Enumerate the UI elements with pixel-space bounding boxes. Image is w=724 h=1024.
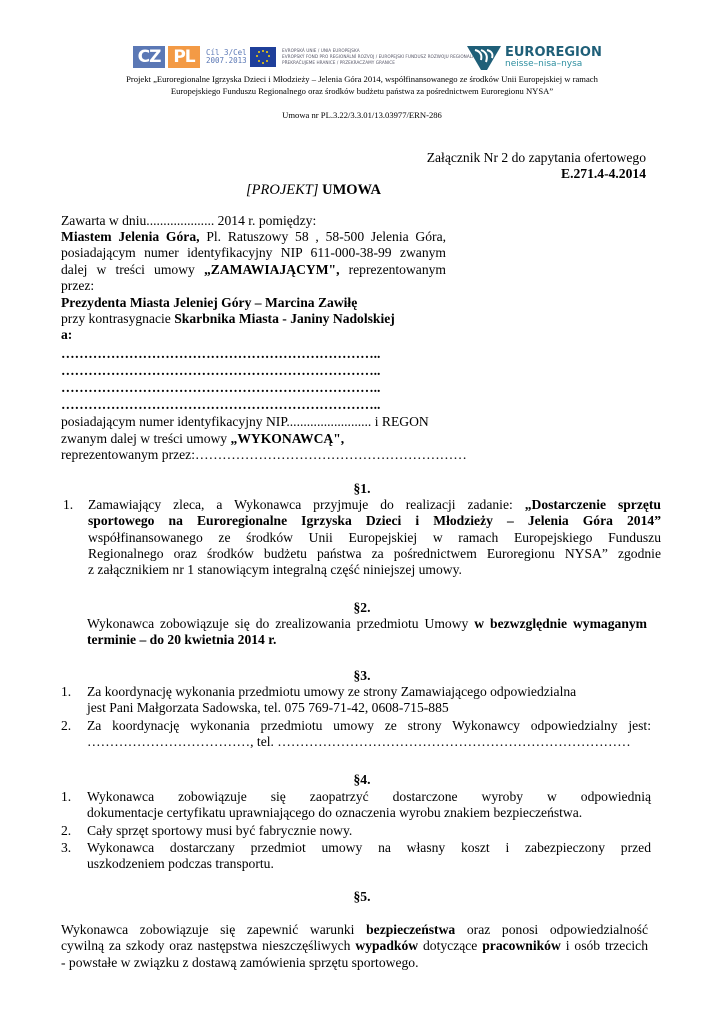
euroregion-subtitle: neisse–nisa–nysa (505, 59, 602, 70)
by-line: przez: (61, 278, 94, 294)
euroregion-title: EUROREGION (505, 46, 602, 59)
title-prefix: [PROJEKT] (246, 182, 319, 198)
project-line-2: Europejskiego Funduszu Regionalnego oraz… (40, 85, 684, 97)
contractor-blank-1[interactable]: …………………………………………………………….. (61, 346, 380, 362)
eu-logo: EVROPSKÁ UNIE / UNIA EUROPEJSKA EVROPSKÝ… (250, 47, 485, 67)
section-1-item-1: 1. Zamawiający zleca, a Wykonawca przyjm… (61, 497, 661, 578)
section-3-item-1: 1. Za koordynację wykonania przedmiotu u… (61, 684, 651, 717)
contractor-nip-line: posiadającym numer identyfikacyjny NIP..… (61, 414, 429, 430)
and-line: a: (61, 327, 72, 343)
section-4-heading: §4. (0, 772, 724, 788)
section-5-text: Wykonawca zobowiązuje się zapewnić warun… (61, 922, 648, 971)
attachment-label: Załącznik Nr 2 do zapytania ofertowego (427, 150, 646, 166)
section-4-item-2: 2. Cały sprzęt sportowy musi być fabrycz… (61, 823, 651, 839)
contractor-blank-2[interactable]: …………………………………………………………….. (61, 363, 380, 379)
section-2-text: Wykonawca zobowiązuje się do zrealizowan… (87, 616, 647, 649)
attachment-ref: E.271.4-4.2014 (561, 166, 646, 182)
contractor-rep-line: reprezentowanym przez:………………………………………………… (61, 447, 467, 463)
section-2-heading: §2. (0, 600, 724, 616)
further-line: dalej w treści umowy „ZAMAWIAJĄCYM", rep… (61, 262, 446, 278)
section-5-heading: §5. (0, 889, 724, 905)
section-4-item-3: 3. Wykonawca dostarczany przedmiot umowy… (61, 840, 651, 873)
concluded-line: Zawarta w dniu.................... 2014 … (61, 213, 316, 229)
cz-logo-box: CZ (133, 46, 165, 68)
czpl-logo-text: Cíl 3/Cel 3 2007.2013 (206, 49, 256, 65)
contractor-called-line: zwanym dalej w treści umowy „WYKONAWCĄ", (61, 431, 344, 447)
city-line: Miastem Jelenia Góra, Pl. Ratuszowy 58 ,… (61, 229, 446, 245)
euroregion-emblem-icon (467, 44, 501, 72)
section-3-heading: §3. (0, 668, 724, 684)
countersign-line: przy kontrasygnacie Skarbnika Miasta - J… (61, 311, 395, 327)
eu-logo-text: EVROPSKÁ UNIE / UNIA EUROPEJSKA EVROPSKÝ… (282, 48, 485, 66)
pl-logo-box: PL (168, 46, 200, 68)
section-1-heading: §1. (0, 481, 724, 497)
document-title: [PROJEKT] UMOWA (246, 182, 381, 199)
eu-flag-icon (250, 47, 276, 67)
president-line: Prezydenta Miasta Jeleniej Góry – Marcin… (61, 295, 357, 311)
project-line-1: Projekt „Euroregionalne Igrzyska Dzieci … (40, 73, 684, 85)
contract-number: Umowa nr PL.3.22/3.3.01/13.03977/ERN-286 (40, 109, 684, 121)
contractor-contact-blank[interactable]: ………………………………, tel. ………………………………………………………… (87, 734, 651, 750)
section-4-item-1: 1. Wykonawca zobowiązuje się zaopatrzyć … (61, 789, 651, 822)
nip-line: posiadającym numer identyfikacyjny NIP 6… (61, 245, 446, 261)
czpl-logo: CZ PL Cíl 3/Cel 3 2007.2013 (133, 46, 256, 68)
title-main: UMOWA (322, 182, 381, 198)
contractor-blank-4[interactable]: …………………………………………………………….. (61, 397, 380, 413)
section-3-item-2: 2. Za koordynację wykonania przedmiotu u… (61, 718, 651, 751)
euroregion-logo: EUROREGION neisse–nisa–nysa (467, 44, 602, 72)
contractor-blank-3[interactable]: …………………………………………………………….. (61, 380, 380, 396)
